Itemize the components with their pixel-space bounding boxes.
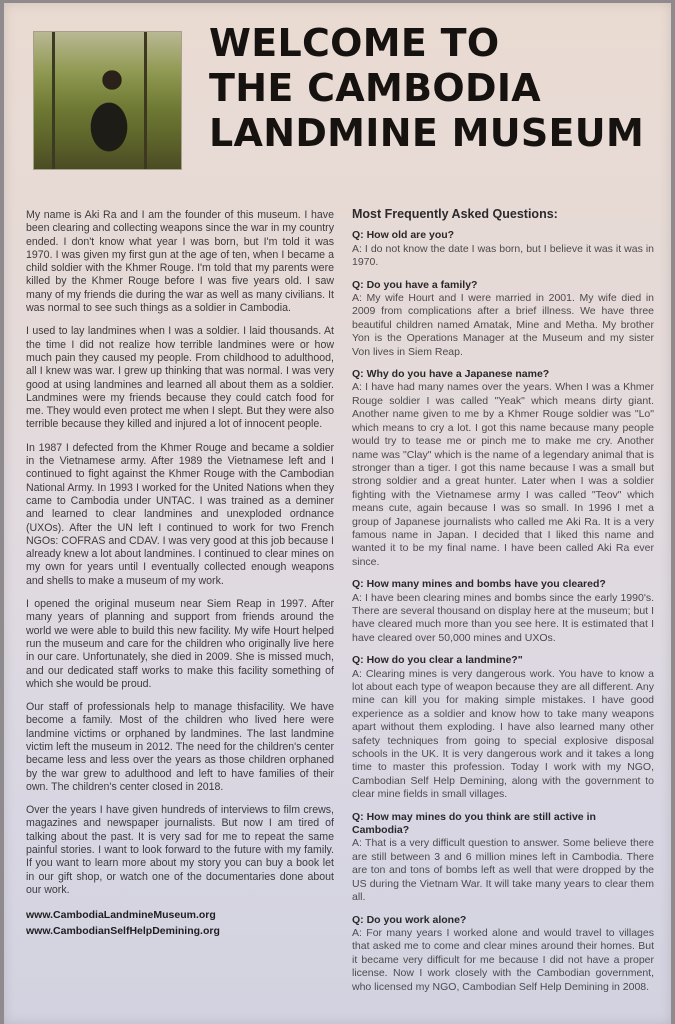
faq-item: Q: Do you have a family? A: My wife Hour… <box>352 279 654 359</box>
museum-sign-board: WELCOME TO THE CAMBODIA LANDMINE MUSEUM … <box>4 3 671 1024</box>
founder-story-column: My name is Aki Ra and I am the founder o… <box>26 209 334 939</box>
page-title: WELCOME TO THE CAMBODIA LANDMINE MUSEUM <box>209 21 659 156</box>
title-line: THE CAMBODIA <box>209 66 659 111</box>
demining-website-link[interactable]: www.CambodianSelfHelpDemining.org <box>26 925 220 937</box>
story-paragraph: Our staff of professionals help to manag… <box>26 701 334 794</box>
faq-item: Q: How old are you? A: I do not know the… <box>352 229 654 269</box>
story-paragraph: I used to lay landmines when I was a sol… <box>26 325 334 431</box>
story-paragraph: In 1987 I defected from the Khmer Rouge … <box>26 442 334 588</box>
founder-photo <box>33 31 182 170</box>
faq-item: Q: How many mines and bombs have you cle… <box>352 578 654 645</box>
faq-item: Q: How do you clear a landmine?" A: Clea… <box>352 654 654 801</box>
faq-question: Q: Why do you have a Japanese name? <box>352 368 654 381</box>
faq-item: Q: Why do you have a Japanese name? A: I… <box>352 368 654 569</box>
story-paragraph: Over the years I have given hundreds of … <box>26 804 334 897</box>
museum-website-link[interactable]: www.CambodiaLandmineMuseum.org <box>26 909 216 921</box>
faq-question: Q: How may mines do you think are still … <box>352 811 654 838</box>
faq-answer: A: That is a very difficult question to … <box>352 837 654 904</box>
faq-answer: A: I do not know the date I was born, bu… <box>352 243 654 270</box>
faq-answer: A: My wife Hourt and I were married in 2… <box>352 292 654 359</box>
story-paragraph: I opened the original museum near Siem R… <box>26 598 334 691</box>
faq-column: Most Frequently Asked Questions: Q: How … <box>352 208 654 1003</box>
faq-answer: A: I have been clearing mines and bombs … <box>352 592 654 646</box>
faq-item: Q: Do you work alone? A: For many years … <box>352 914 654 994</box>
title-line: WELCOME TO <box>209 21 659 66</box>
faq-question: Q: How many mines and bombs have you cle… <box>352 578 654 591</box>
faq-answer: A: Clearing mines is very dangerous work… <box>352 668 654 802</box>
website-links: www.CambodiaLandmineMuseum.org www.Cambo… <box>26 907 334 939</box>
faq-answer: A: For many years I worked alone and wou… <box>352 927 654 994</box>
faq-item: Q: How may mines do you think are still … <box>352 811 654 905</box>
faq-heading: Most Frequently Asked Questions: <box>352 208 654 221</box>
faq-question: Q: How old are you? <box>352 229 654 242</box>
story-paragraph: My name is Aki Ra and I am the founder o… <box>26 209 334 315</box>
faq-question: Q: How do you clear a landmine?" <box>352 654 654 667</box>
faq-answer: A: I have had many names over the years.… <box>352 381 654 569</box>
faq-question: Q: Do you have a family? <box>352 279 654 292</box>
faq-question: Q: Do you work alone? <box>352 914 654 927</box>
title-line: LANDMINE MUSEUM <box>209 111 659 156</box>
